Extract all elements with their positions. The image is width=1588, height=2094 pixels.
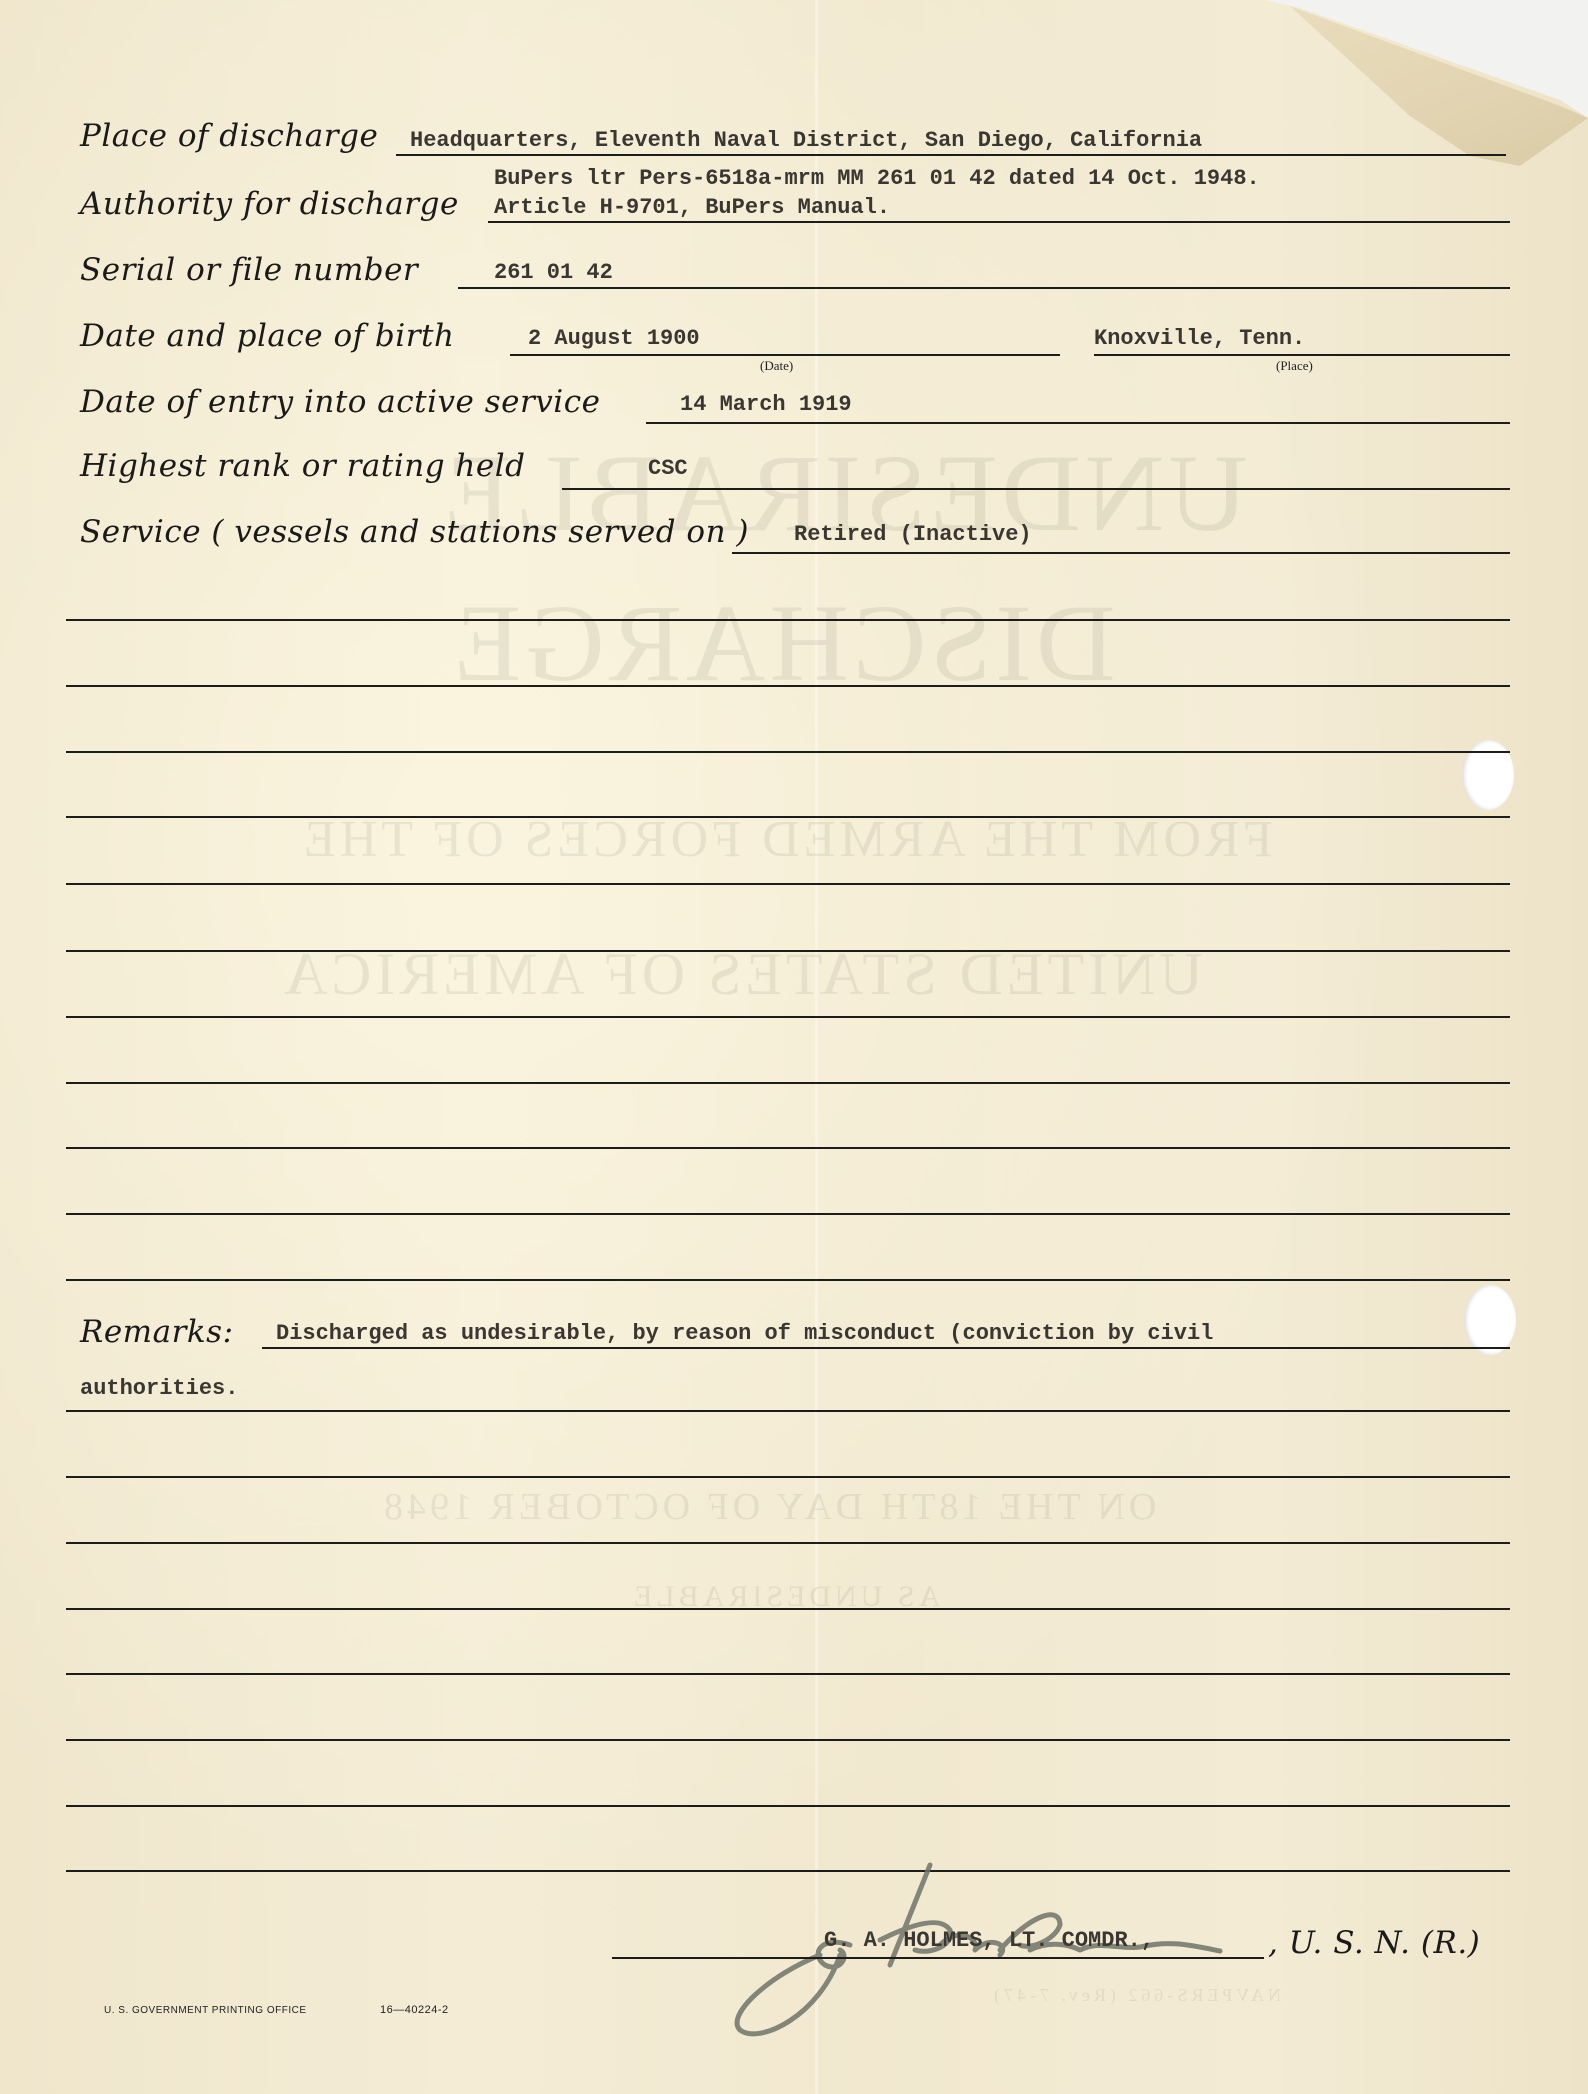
blank-rule [66,1542,1510,1544]
form-number: 16—40224-2 [380,2004,449,2016]
bleed-through-text: DISCHARGE [450,580,1116,707]
blank-rule [66,619,1510,621]
blank-rule [66,1805,1510,1807]
authority-value-line2: Article H-9701, BuPers Manual. [494,195,890,220]
field-rule [262,1347,1510,1349]
blank-rule [66,1213,1510,1215]
signature-rule [612,1957,1264,1959]
blank-rule [66,1673,1510,1675]
field-rule [1094,354,1510,356]
authority-for-discharge-label: Authority for discharge [80,186,459,222]
rank-value: CSC [648,456,688,481]
field-rule [732,552,1510,554]
service-value: Retired (Inactive) [794,522,1032,547]
document-paper [0,0,1588,2094]
signatory-service-suffix: , U. S. N. (R.) [1268,1925,1480,1961]
remarks-line1: Discharged as undesirable, by reason of … [276,1321,1213,1346]
bleed-through-text: FROM THE ARMED FORCES OF THE [300,810,1273,869]
bleed-through-text: ON THE 18TH DAY OF OCTOBER 1948 [380,1485,1156,1529]
rank-label: Highest rank or rating held [80,448,525,484]
blank-rule [66,1739,1510,1741]
blank-rule [66,685,1510,687]
birth-label: Date and place of birth [80,318,454,354]
blank-rule [66,1608,1510,1610]
signatory-name: G. A. HOLMES, LT. COMDR., [824,1928,1154,1953]
place-of-discharge-value: Headquarters, Eleventh Naval District, S… [410,128,1202,153]
field-rule [458,287,1510,289]
blank-rule [66,883,1510,885]
blank-rule [66,1476,1510,1478]
remarks-line2: authorities. [80,1376,238,1401]
birth-date-value: 2 August 1900 [528,326,700,351]
field-rule [646,422,1510,424]
serial-number-label: Serial or file number [80,252,418,288]
blank-rule [66,816,1510,818]
punch-hole [1464,1285,1516,1355]
entry-date-value: 14 March 1919 [680,392,852,417]
handwritten-signature [700,1855,1260,2055]
blank-rule [66,1410,1510,1412]
blank-rule [66,1147,1510,1149]
field-rule [488,221,1510,223]
place-of-discharge-label: Place of discharge [80,118,378,154]
field-rule [396,154,1506,156]
field-rule [510,354,1060,356]
birth-place-value: Knoxville, Tenn. [1094,326,1305,351]
printer-imprint: U. S. GOVERNMENT PRINTING OFFICE [104,2005,307,2016]
blank-rule [66,1016,1510,1018]
blank-rule [66,950,1510,952]
blank-rule [66,1082,1510,1084]
serial-number-value: 261 01 42 [494,260,613,285]
remarks-label: Remarks: [80,1314,234,1350]
blank-rule [66,1279,1510,1281]
entry-date-label: Date of entry into active service [80,384,600,420]
authority-value-line1: BuPers ltr Pers-6518a-mrm MM 261 01 42 d… [494,166,1260,191]
paper-crease [815,0,818,2094]
blank-rule [66,751,1510,753]
place-caption: (Place) [1276,358,1313,374]
date-caption: (Date) [760,358,793,374]
service-label: Service ( vessels and stations served on… [80,514,749,550]
field-rule [562,488,1510,490]
